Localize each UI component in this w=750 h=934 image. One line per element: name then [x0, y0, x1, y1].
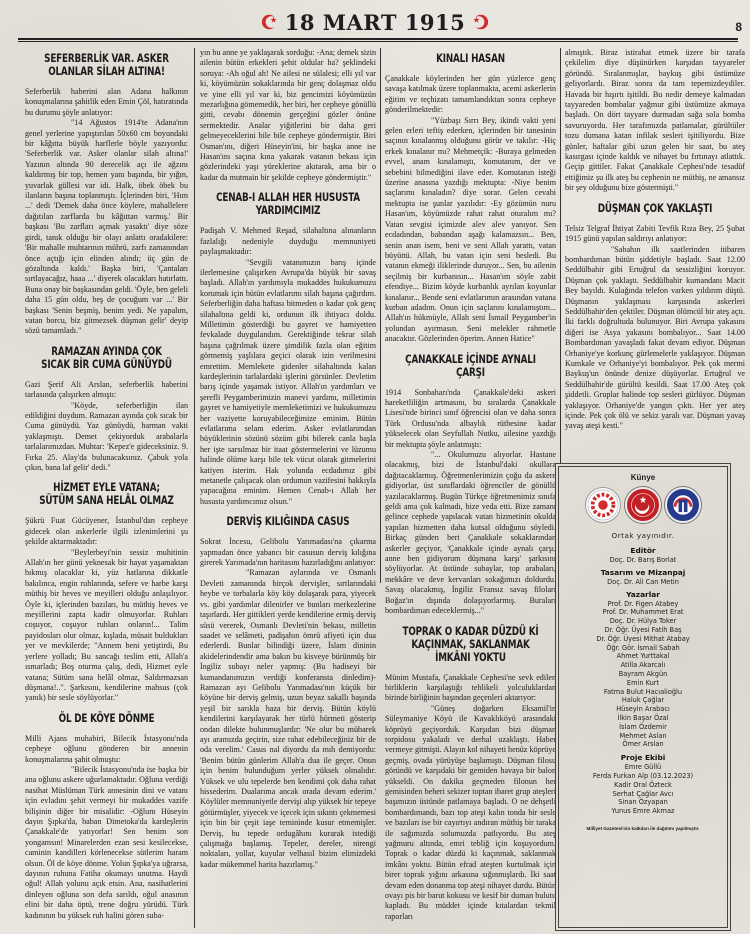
kunye-title: Künye — [559, 473, 727, 482]
column-3: KINALI HASAN Çanakkale köylerinden her g… — [385, 48, 556, 922]
section-heading: Editör — [559, 546, 727, 556]
kunye-section-editor: Editör Doç. Dr. Barış Borlat — [559, 546, 727, 565]
person-name: Sinan Özyapan — [559, 798, 727, 807]
crescent-star-emblem-icon — [625, 487, 661, 523]
article-intro: Telsiz Telgraf İhtiyat Zabiti Tevfik Rız… — [565, 224, 745, 245]
masthead-date: 18 MART 1915 — [285, 10, 466, 35]
article-quote: "Sevgili vatanımızın barış içinde ilerle… — [200, 258, 376, 508]
article-intro: Padişah V. Mehmed Reşad, silahaltına alı… — [200, 226, 376, 257]
masthead-title: 18 MART 1915 — [261, 10, 490, 35]
person-name: Atilla Akarcalı — [559, 661, 727, 670]
column-divider — [380, 48, 381, 583]
person-name: Haluk Çağlar — [559, 696, 727, 705]
article-intro: Sokrat İncesu, Gelibolu Yarımadası'na çı… — [200, 537, 376, 568]
section-heading: Yazarlar — [559, 590, 727, 600]
headline-hizmet: HİZMET EYLE VATANA; SÜTÜM SANA HELÂL OLM… — [37, 481, 176, 507]
person-name: İslam Özdemir — [559, 723, 727, 732]
kunye-box: Künye Ortak yayınıdır. Editör Doç. Dr. B… — [558, 466, 728, 928]
column-2: yın bu anne ye yaklaşarak sorduğu: -Ana;… — [200, 48, 376, 870]
article-quote: "Yüzbaşı Sırrı Bey, ikindi vakti yeni ge… — [385, 116, 556, 345]
article-intro: Münim Mustafa, Çanakkale Cephesi'ne sevk… — [385, 673, 556, 704]
person-name: Doç. Dr. Hülya Toker — [559, 617, 727, 626]
header-rule — [18, 38, 738, 42]
article-intro: Gazi Şerif Ali Arslan, seferberlik haber… — [25, 380, 188, 401]
article-continuation: yın bu anne ye yaklaşarak sorduğu: -Ana;… — [200, 48, 376, 183]
article-quote: "Köyde, seferberliğin ilan edildiğini du… — [25, 401, 188, 474]
kunye-subtitle: Ortak yayınıdır. — [559, 531, 727, 540]
person-name: Hüseyin Arabacı — [559, 705, 727, 714]
article-intro: Milli Ajans muhabiri, Bilecik İstasyonu'… — [25, 734, 188, 765]
article-intro: 1914 Sonbaharı'nda Çanakkale'deki askeri… — [385, 388, 556, 450]
section-heading: Proje Ekibi — [559, 753, 727, 763]
headline-olde: ÖL DE KÖYE DÖNME — [37, 712, 176, 725]
article-quote: "Bilecik İstasyonu'nda ise başka bir ana… — [25, 765, 188, 921]
article-quote: "Sabahın ilk saatlerinden itibaren bomba… — [565, 245, 745, 432]
kunye-section-authors: Yazarlar Prof. Dr. Figen Atabey Prof. Dr… — [559, 590, 727, 750]
partner-logos — [559, 487, 727, 523]
person-name: Ahmet Yurttakal — [559, 652, 727, 661]
article-quote: "14 Ağustos 1914'te Adana'nın genel yerl… — [25, 118, 188, 337]
person-name: Öğr. Gör. İsmail Sabah — [559, 644, 727, 653]
kunye-section-design: Tasarım ve Mizanpaj Doç. Dr. Ali Can Met… — [559, 568, 727, 587]
headline-seferberlik: SEFERBERLİK VAR. ASKER OLANLAR SİLAH ALT… — [37, 52, 176, 78]
person-name: Emre Güllü — [559, 763, 727, 772]
headline-dervis: DERVİŞ KILIĞINDA CASUS — [213, 515, 363, 528]
page-number: 8 — [735, 20, 742, 34]
headline-kinali: KINALI HASAN — [398, 52, 543, 65]
kunye-section-project-team: Proje Ekibi Emre Güllü Ferda Furkan Alp … — [559, 753, 727, 816]
article-quote: "... Okulumuzu alıyorlar. Hastane olacak… — [385, 450, 556, 617]
person-name: Emin Kurt — [559, 679, 727, 688]
column-1: SEFERBERLİK VAR. ASKER OLANLAR SİLAH ALT… — [25, 48, 188, 921]
person-name: Prof. Dr. Muhammet Erat — [559, 608, 727, 617]
person-name: Serhat Çağlar Avcı — [559, 790, 727, 799]
person-name: İlkin Başar Özal — [559, 714, 727, 723]
article-intro: Çanakkale köylerinden her gün yüzlerce g… — [385, 74, 556, 116]
person-name: Fatma Bulut Hacıalioğlu — [559, 688, 727, 697]
masthead: 18 MART 1915 8 — [0, 8, 750, 36]
headline-ramazan: RAMAZAN AYINDA ÇOK SICAK BİR CUMA GÜNÜYD… — [37, 345, 176, 371]
article-quote: "Güneş doğarken Eksamil'in Süleymaniye K… — [385, 704, 556, 923]
university-logo-icon — [585, 487, 621, 523]
column-4: almıştık. Biraz istirahat etmek üzere bi… — [565, 48, 745, 432]
person-name: Bayram Akgün — [559, 670, 727, 679]
headline-toprak: TOPRAK O KADAR DÜZDÜ Kİ KAÇINMAK, SAKLAN… — [398, 625, 543, 664]
person-name: Dr. Öğr. Üyesi Fatih Baş — [559, 626, 727, 635]
headline-canakkale: ÇANAKKALE İÇİNDE AYNALI ÇARŞI — [398, 353, 543, 379]
article-quote: "Ramazan aylarında ve Osmanlı Devleti za… — [200, 568, 376, 870]
article-quote: "Beylerbeyi'nin sessiz muhitinin Allah'ı… — [25, 548, 188, 704]
article-intro: Şükrü Fuat Gücüyener, İstanbul'dan cephe… — [25, 516, 188, 547]
crescent-star-icon-left — [261, 13, 279, 31]
person-name: Prof. Dr. Figen Atabey — [559, 600, 727, 609]
headline-cenab: CENAB-I ALLAH HER HUSUSTA YARDIMCIMIZ — [213, 191, 363, 217]
person-name: Ferda Furkan Alp (03.12.2023) — [559, 772, 727, 781]
section-heading: Tasarım ve Mizanpaj — [559, 568, 727, 578]
person-name: Kadir Oral Özteck — [559, 781, 727, 790]
person-name: Ömer Arslan — [559, 740, 727, 749]
canakkale-university-logo-icon — [665, 487, 701, 523]
person-name: Dr. Öğr. Üyesi Mithat Atabay — [559, 635, 727, 644]
person-name: Doç. Dr. Barış Borlat — [559, 556, 727, 565]
column-divider — [560, 48, 561, 463]
distribution-note: Milliyet Gazetesi'nin katkıları ile dağı… — [559, 826, 727, 831]
crescent-star-icon-right — [471, 13, 489, 31]
article-intro: Seferberlik haberini alan Adana halkının… — [25, 87, 188, 118]
person-name: Doç. Dr. Ali Can Metin — [559, 578, 727, 587]
person-name: Yunus Emre Akmaz — [559, 807, 727, 816]
column-divider — [194, 48, 195, 928]
headline-dusman: DÜŞMAN ÇOK YAKLAŞTI — [579, 202, 732, 215]
article-continuation: almıştık. Biraz istirahat etmek üzere bi… — [565, 48, 745, 194]
